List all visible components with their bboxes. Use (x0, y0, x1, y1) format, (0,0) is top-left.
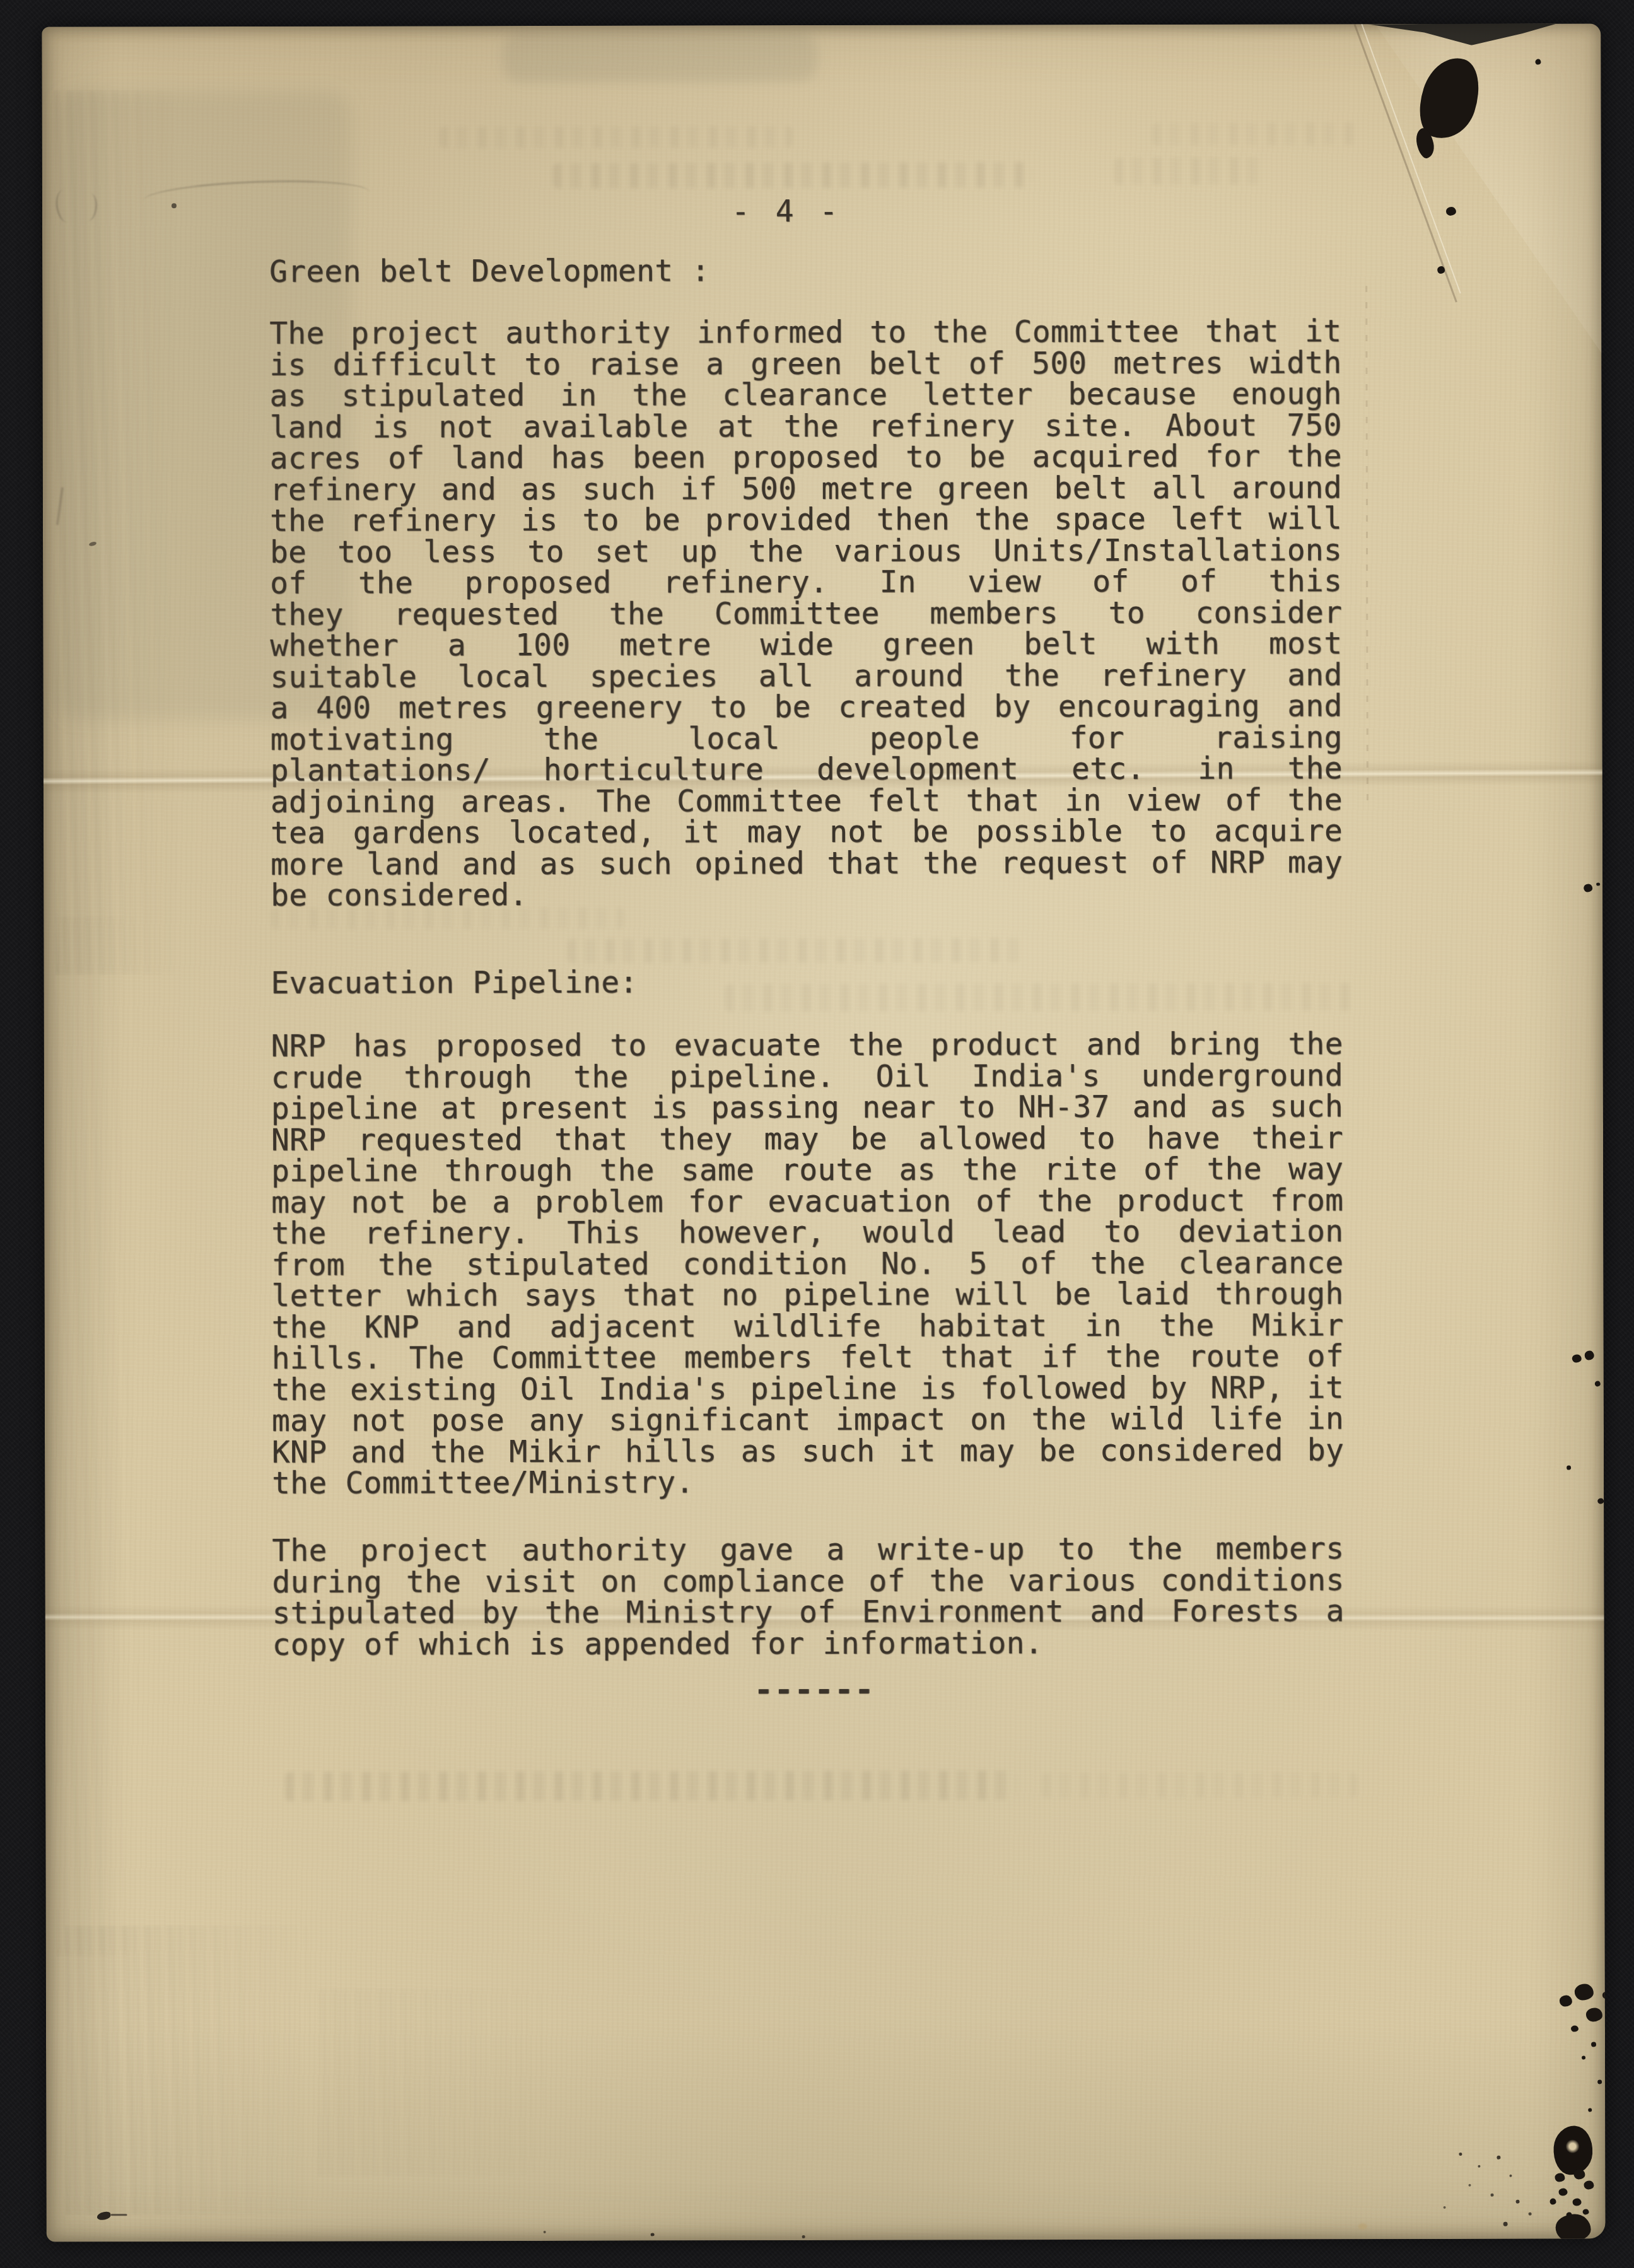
ink-splatter-dot (1478, 2165, 1480, 2168)
ghost-text-impression (1152, 122, 1360, 146)
paragraph-line: The project authority gave a write-up to… (272, 1533, 1344, 1567)
ink-splatter-dot (1446, 207, 1456, 216)
ink-splatter-dot (1584, 2180, 1594, 2189)
ghost-text-impression (1114, 158, 1259, 185)
paragraph-write-up: The project authority gave a write-up to… (272, 1533, 1344, 1661)
paragraph-line: letter which says that no pipeline will … (271, 1278, 1343, 1312)
ink-splatter-dot (1591, 2042, 1596, 2047)
smudge-band (65, 1925, 330, 2216)
ink-splatter-dot (1597, 1498, 1604, 1504)
page-number: - 4 - (732, 196, 842, 228)
ink-blot (1556, 2214, 1591, 2242)
ghost-text-impression (567, 938, 1021, 963)
paragraph-line: the Committee/Ministry. (272, 1466, 1344, 1499)
ink-splatter-dot (1572, 1354, 1582, 1362)
ink-splatter-dot (1582, 2055, 1585, 2059)
ink-blot (1552, 2125, 1594, 2177)
ink-splatter-dot (1602, 1991, 1606, 1999)
ink-splatter-dot (1468, 2184, 1471, 2187)
ink-splatter-dot (1459, 2153, 1462, 2156)
paragraph-line: the refinery. This however, would lead t… (271, 1216, 1343, 1249)
paragraph-line: a 400 metres greenery to be created by e… (271, 691, 1343, 724)
ink-blot (1586, 2008, 1602, 2021)
paragraph-green-belt: The project authority informed to the Co… (269, 316, 1343, 911)
ink-splatter-dot (651, 2233, 655, 2236)
ink-splatter-dot (1585, 1350, 1594, 1360)
paragraph-line: of the proposed refinery. In view of of … (270, 566, 1342, 599)
paragraph-line: plantations/ horticulture development et… (271, 753, 1343, 786)
paragraph-line: The project authority informed to the Co… (269, 316, 1341, 349)
ink-splatter-dot (1437, 266, 1445, 274)
ink-splatter-dot (1567, 1466, 1571, 1470)
section-heading-green-belt: Green belt Development : (269, 255, 709, 288)
ink-splatter-dot (1596, 882, 1600, 886)
ink-splatter-dot (1509, 2175, 1512, 2177)
ink-splatter-dot (1584, 884, 1592, 892)
ink-fleck (172, 203, 177, 208)
paragraph-line: tea gardens located, it may not be possi… (271, 815, 1343, 849)
paragraph-line: KNP and the Mikir hills as such it may b… (272, 1435, 1344, 1468)
ink-blot (1560, 1996, 1572, 2007)
scanned-document-screenshot: { "document": { "page_number_label": "- … (0, 0, 1634, 2268)
smudge-band (317, 1987, 583, 2177)
paragraph-line: may not pose any significant impact on t… (272, 1403, 1344, 1437)
ink-splatter-dot (1497, 2156, 1500, 2160)
paragraph-line: hills. The Committee members felt that i… (272, 1341, 1344, 1374)
paragraph-line: pipeline through the same route as the r… (271, 1154, 1343, 1187)
ink-splatter-dot (1571, 2025, 1579, 2031)
ink-splatter-dot (544, 2231, 546, 2233)
ink-splatter-dot (1516, 2200, 1520, 2204)
ghost-text-impression (1042, 1772, 1357, 1798)
ghost-text-impression (285, 1770, 1017, 1801)
ink-splatter-dot (1583, 2209, 1589, 2214)
ink-splatter-dot (1559, 2189, 1568, 2196)
fold-crease-vertical (1365, 286, 1368, 809)
paragraph-line: more land and as such opined that the re… (271, 847, 1343, 880)
paragraph-line: the refinery is to be provided then the … (270, 503, 1342, 537)
ink-splatter-dot (1535, 59, 1541, 65)
ink-splatter-dot (1550, 2199, 1556, 2205)
ink-splatter-dot (802, 2235, 805, 2238)
ink-blot (1575, 1984, 1594, 2000)
scanner-shadow-wash (502, 32, 817, 83)
ghost-text-impression (725, 983, 1356, 1012)
typed-divider: ------ (754, 1675, 875, 1706)
paragraph-line: acres of land has been proposed to be ac… (270, 441, 1342, 474)
paragraph-line: pipeline at present is passing near to N… (271, 1091, 1343, 1125)
paragraph-line: whether a 100 metre wide green belt with… (270, 628, 1342, 662)
paragraph-line: NRP has proposed to evacuate the product… (271, 1029, 1343, 1062)
document-page: - 4 - Green belt Development : The proje… (42, 23, 1605, 2242)
smudge-band (54, 916, 150, 1956)
ink-splatter-dot (1529, 2212, 1532, 2216)
ink-splatter-dot (1597, 2079, 1602, 2084)
paragraph-line: as stipulated in the clearance letter be… (270, 378, 1342, 412)
section-heading-evacuation-pipeline: Evacuation Pipeline: (271, 967, 638, 1000)
ink-splatter-dot (1573, 2169, 1585, 2179)
stain-spot (1358, 2223, 1367, 2230)
ink-splatter-dot (1491, 2194, 1494, 2197)
ink-splatter-dot (1503, 2222, 1508, 2226)
paragraph-line: be considered. (271, 878, 1343, 911)
ink-fleck (111, 2214, 127, 2216)
paragraph-evacuation-pipeline: NRP has proposed to evacuate the product… (271, 1029, 1345, 1499)
ink-splatter-dot (1573, 2198, 1582, 2206)
ink-splatter-dot (1588, 2108, 1592, 2112)
paragraph-line: stipulated by the Ministry of Environmen… (272, 1596, 1345, 1629)
ghost-text-impression (553, 162, 1032, 189)
ink-splatter-dot (1444, 2206, 1446, 2209)
ghost-text-impression (440, 126, 793, 148)
ink-splatter-dot (1595, 1381, 1601, 1386)
ink-splatter-dot (1555, 2173, 1565, 2182)
paragraph-line: copy of which is appended for informatio… (272, 1627, 1345, 1661)
